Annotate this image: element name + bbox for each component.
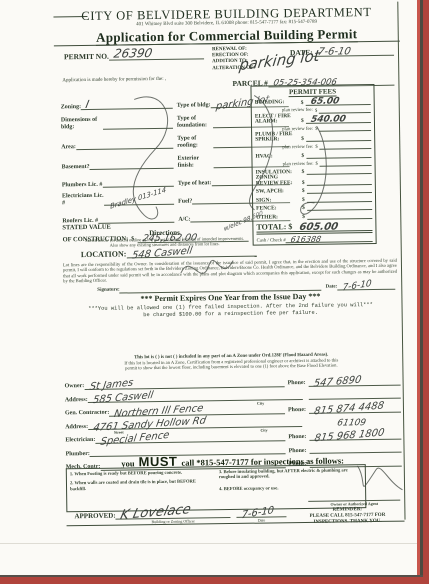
permit-no-value: 26390 [112, 46, 153, 61]
phone-label: Phone: [285, 434, 309, 441]
field-label: Basement? [62, 163, 90, 170]
field-line [76, 141, 174, 150]
fee-line [307, 202, 372, 211]
field-label: Exterior finish: [177, 155, 213, 169]
fee-line [306, 177, 371, 186]
field-label: Area: [61, 144, 76, 151]
approved-label: APPROVED: [74, 512, 115, 521]
item-number: 3. [219, 469, 223, 474]
inspection-item-3: 3. Before insulating building, but AFTER… [219, 467, 362, 480]
permit-fees-title-wrap: PERMIT FEES [254, 87, 370, 97]
permit-no-field: PERMIT NO. 26390 [64, 50, 204, 61]
phone-line: 547 6890 [309, 377, 401, 386]
contact-label: Owner: [65, 383, 85, 390]
location-label: LOCATION: [81, 249, 127, 259]
location-line: 548 Caswell [126, 249, 256, 259]
fee-label: BUILDING: [255, 100, 299, 106]
fee-row-other: OTHER:$ [256, 210, 372, 220]
permission-line: Application is made hereby for permissio… [62, 77, 166, 84]
reminder-block: REMINDER: PLEASE CALL 815-547-7177 FOR I… [288, 507, 406, 527]
fee-label: plan review fee: [255, 145, 313, 151]
permit-no-line: 26390 [109, 51, 204, 60]
left-fields-column: Zoning: I Dimensions of bldg: Area: Base… [61, 91, 175, 225]
date-line: 7-6-10 [313, 48, 394, 57]
field-value: I [85, 98, 91, 111]
page-scan: CITY OF BELVIDERE BUILDING DEPARTMENT 40… [53, 0, 406, 538]
field-label: Type of bldg: [177, 102, 211, 109]
city-caption: City [257, 401, 264, 405]
fee-label: FENCE: [256, 206, 300, 212]
item-text: BEFORE occupancy or use. [224, 485, 279, 491]
phone-value: 61109 [336, 418, 367, 428]
item-number: 1. [70, 471, 74, 476]
fee-label: PLUMB / FIRE SPRKLR: [255, 132, 299, 143]
phone-label: Phone: [285, 380, 309, 387]
fee-line [319, 105, 371, 114]
directions-block: Directions Sketch below (or attach) outl… [80, 229, 248, 248]
field-label: Fuel? [178, 198, 192, 205]
field-line [103, 121, 173, 130]
phone-line: 815 874 4488 [309, 404, 401, 413]
page-edge-shadow [0, 543, 429, 544]
item-number: 4. [219, 486, 223, 491]
date-value: 7-6-10 [317, 46, 352, 57]
agreement-paragraph: Lot lines are the responsibility of the … [63, 258, 397, 284]
inspection-item-4: 4. BEFORE occupancy or use. [219, 484, 362, 491]
item-text: When Footing is ready but BEFORE pouring… [74, 470, 182, 477]
agreement-date-label: Date: [322, 284, 338, 291]
phone-label: Phone: [285, 407, 309, 414]
fee-line [307, 211, 372, 220]
fee-total-label: TOTAL: [256, 222, 286, 231]
contact-label: Address: [65, 396, 88, 403]
fee-total-line: 605.00 [294, 223, 372, 231]
field-line [89, 161, 173, 170]
field-line: Bradley 013-114 [104, 197, 174, 206]
field-basement: Basement? [61, 149, 173, 171]
fee-line [319, 123, 371, 132]
fee-line [307, 185, 372, 194]
field-label: Zoning: [61, 104, 81, 111]
scanned-permit-form: CITY OF BELVIDERE BUILDING DEPARTMENT 40… [0, 0, 429, 584]
permit-fees-box: PERMIT FEES BUILDING:$65.00 plan review … [250, 84, 376, 245]
agent-signature-area: Owner or Authorized Agent [308, 494, 400, 507]
field-label: Type of foundation: [177, 115, 213, 129]
field-plumbers-lic: Plumbers Lic. # [62, 169, 174, 189]
city-caption: City [260, 428, 267, 432]
field-line: I [81, 101, 173, 110]
fee-line [307, 194, 372, 203]
inspection-item-2: 2. When walls are coated and drain tile … [70, 479, 213, 492]
signature-label: Signature: [97, 287, 120, 294]
permit-no-label: PERMIT NO. [64, 52, 109, 62]
location-value: 548 Caswell [131, 245, 193, 261]
field-label: Type of roofing: [177, 135, 213, 149]
contact-label: Address: [65, 423, 88, 430]
fee-label: HVAC: [255, 154, 299, 160]
inspections-left-column: 1. When Footing is ready but BEFORE pour… [67, 467, 217, 511]
field-label: Type of heat: [178, 180, 212, 187]
scan-edge-red-band [423, 0, 429, 584]
fee-total-value: 605.00 [298, 221, 339, 233]
fee-line [306, 166, 371, 175]
contact-label: Electrician: [65, 437, 95, 444]
field-zoning: Zoning: I [61, 91, 173, 111]
phone-line: 61109 [309, 419, 401, 427]
field-line [98, 215, 174, 224]
location-field: LOCATION: 548 Caswell [81, 248, 257, 259]
fee-label: plan review fee: [256, 161, 314, 167]
field-dimensions: Dimensions of bldg: [61, 109, 173, 131]
phone-line [309, 391, 401, 400]
field-label: Dimensions of bldg: [61, 117, 103, 131]
field-electricians-lic: Electricians Lic. # Bradley 013-114 [62, 187, 174, 207]
fee-line [320, 141, 372, 150]
cash-check-row: Cash / Check # 616388 [257, 233, 373, 244]
fee-line [320, 158, 372, 167]
fee-label: ZONING REVIEW FEE: [256, 175, 300, 186]
flood-zone-block: This lot is ( ) is not ( ) included in a… [58, 352, 404, 372]
field-area: Area: [61, 129, 173, 151]
fee-label: SW, APCH: [256, 189, 300, 195]
item-text: When walls are coated and drain tile is … [70, 479, 196, 491]
field-label: A/C: [178, 216, 190, 223]
approved-signature-line: K Lovelace Building or Zoning Officer [116, 510, 231, 520]
fee-label: OTHER: [256, 215, 300, 221]
scan-bottom-red-band [0, 577, 423, 584]
item-number: 2. [70, 481, 74, 486]
failed-inspection-notice: ***You will be allowed one (1) free fail… [58, 302, 404, 321]
approved-row: APPROVED: K Lovelace Building or Zoning … [74, 509, 286, 520]
fee-label: ELECT / FIRE ALARM: [255, 114, 299, 125]
cash-check-label: Cash / Check # [257, 238, 286, 243]
approved-date-line: 7-6-10 Date [236, 509, 286, 518]
inspection-item-1: 1. When Footing is ready but BEFORE pour… [70, 469, 213, 476]
fee-total-dollar: $ [286, 222, 294, 231]
field-label: Plumbers Lic. # [62, 181, 103, 188]
phone-line: 815 968 1800 [309, 431, 401, 440]
agreement-date-line: 7-6-10 [337, 282, 395, 291]
cash-check-value: 616388 [290, 234, 322, 243]
cash-check-line: 616388 [286, 234, 373, 243]
fee-label: SIGN: [256, 198, 300, 204]
field-label: Electricians Lic. # [62, 193, 104, 207]
item-text: Before insulating building, but AFTER el… [219, 467, 348, 479]
contact-label: Gen. Contractor: [65, 410, 109, 417]
